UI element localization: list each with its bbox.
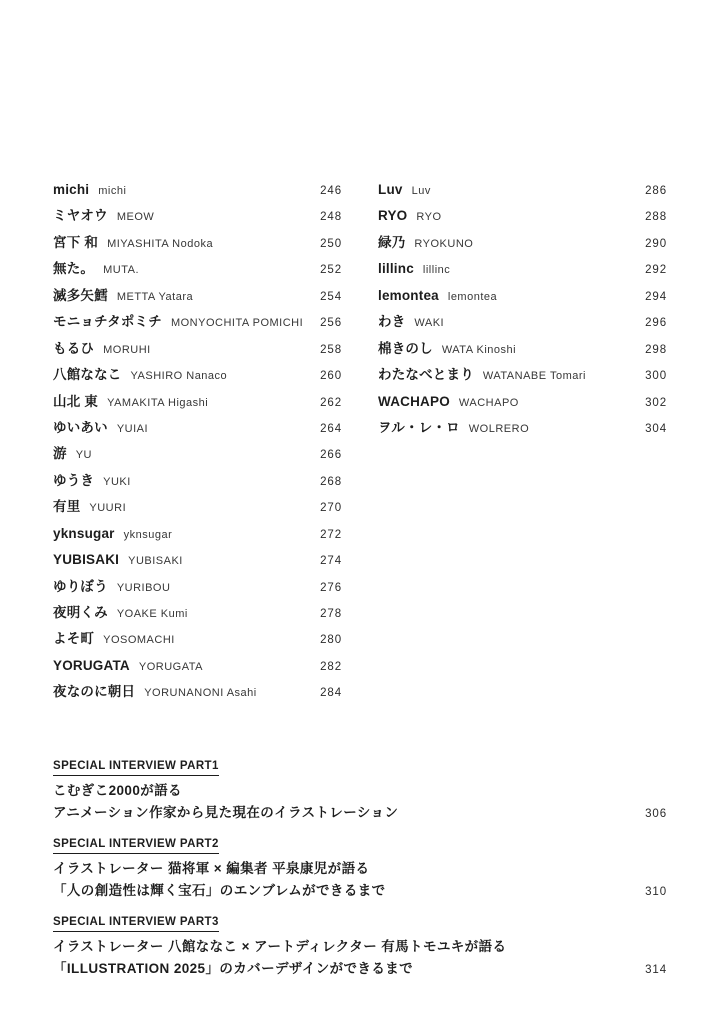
artist-name-romaji: YOSOMACHI	[103, 627, 175, 653]
page-number: 300	[645, 363, 667, 389]
page-number: 280	[320, 627, 342, 653]
artist-name: 宮下 和	[53, 230, 98, 256]
artist-name: モニョチタポミチ	[53, 309, 162, 335]
toc-entry-row: 夜明くみ YOAKE Kumi 278	[53, 600, 342, 626]
artist-name-romaji: YUKI	[103, 469, 131, 495]
artist-name: 有里	[53, 494, 80, 520]
page-number: 258	[320, 337, 342, 363]
artist-name: よそ町	[53, 626, 94, 652]
artist-name-romaji: YUBISAKI	[128, 548, 183, 574]
artist-name-romaji: YORUNANONI Asahi	[144, 680, 257, 706]
artist-name-romaji: MONYOCHITA POMICHI	[171, 310, 303, 336]
artist-name-romaji: YU	[76, 442, 92, 468]
artist-name-romaji: YAMAKITA Higashi	[107, 390, 208, 416]
toc-entry-row: RYO RYO 288	[378, 203, 667, 229]
artist-name-romaji: MUTA.	[103, 257, 139, 283]
artist-name-romaji: YORUGATA	[139, 654, 203, 680]
interview-page-number: 314	[645, 964, 667, 976]
interview-title-line-1: イラストレーター 八館ななこ × アートディレクター 有馬トモユキが語る	[53, 936, 667, 958]
artist-name: RYO	[378, 203, 407, 229]
artist-name-romaji: YASHIRO Nanaco	[131, 363, 228, 389]
interview-block: SPECIAL INTERVIEW PART3 イラストレーター 八館ななこ ×…	[53, 912, 667, 980]
page-number: 296	[645, 310, 667, 336]
toc-entry-row: 夜なのに朝日 YORUNANONI Asahi 284	[53, 679, 342, 705]
toc-entry-row: 山北 東 YAMAKITA Higashi 262	[53, 389, 342, 415]
page-number: 254	[320, 284, 342, 310]
page-number: 270	[320, 495, 342, 521]
toc-entry-row: ミヤオウ MEOW 248	[53, 203, 342, 229]
artist-name: lillinc	[378, 256, 414, 282]
interview-title-line-2: 「ILLUSTRATION 2025」のカバーデザインができるまで	[53, 958, 667, 980]
artist-name-romaji: MEOW	[117, 204, 154, 230]
artist-name: わたなべとまり	[378, 362, 474, 388]
artist-name: ゆりぼう	[53, 574, 108, 600]
artist-name-romaji: yknsugar	[124, 522, 173, 548]
toc-entry-row: ゆうき YUKI 268	[53, 468, 342, 494]
artist-name: 山北 東	[53, 389, 98, 415]
interview-block: SPECIAL INTERVIEW PART2 イラストレーター 猫将軍 × 編…	[53, 834, 667, 902]
toc-entry-row: わき WAKI 296	[378, 309, 667, 335]
artist-name: lemontea	[378, 283, 439, 309]
page-number: 282	[320, 654, 342, 680]
artist-name-romaji: RYOKUNO	[414, 231, 473, 257]
artist-name-romaji: YUIAI	[117, 416, 148, 442]
page-number: 304	[645, 416, 667, 442]
toc-entry-row: YORUGATA YORUGATA 282	[53, 653, 342, 679]
artist-name: 滅多矢鱈	[53, 283, 108, 309]
page-number: 290	[645, 231, 667, 257]
artist-name: WACHAPO	[378, 389, 450, 415]
toc-entry-row: モニョチタポミチ MONYOCHITA POMICHI 256	[53, 309, 342, 335]
interview-heading: SPECIAL INTERVIEW PART1	[53, 759, 219, 776]
toc-entry-row: ヲル・レ・ロ WOLRERO 304	[378, 415, 667, 441]
artist-name: わき	[378, 309, 405, 335]
page-number: 298	[645, 337, 667, 363]
artist-name: Luv	[378, 177, 403, 203]
page-number: 266	[320, 442, 342, 468]
page-number: 294	[645, 284, 667, 310]
artist-name: 夜なのに朝日	[53, 679, 135, 705]
artist-name-romaji: WAKI	[414, 310, 444, 336]
page-number: 274	[320, 548, 342, 574]
page-number: 252	[320, 257, 342, 283]
artist-name: 棉きのし	[378, 336, 433, 362]
artist-name-romaji: WATA Kinoshi	[442, 337, 516, 363]
toc-entry-row: 八館ななこ YASHIRO Nanaco 260	[53, 362, 342, 388]
artist-name-romaji: lemontea	[448, 284, 497, 310]
page-number: 260	[320, 363, 342, 389]
artist-name-romaji: METTA Yatara	[117, 284, 193, 310]
page-number: 250	[320, 231, 342, 257]
artist-name-romaji: michi	[98, 178, 126, 204]
toc-entry-row: もるひ MORUHI 258	[53, 336, 342, 362]
toc-entry-row: 游 YU 266	[53, 441, 342, 467]
page-number: 262	[320, 390, 342, 416]
toc-entry-row: ゆりぼう YURIBOU 276	[53, 574, 342, 600]
artist-name-romaji: YURIBOU	[117, 575, 171, 601]
artist-name-romaji: Luv	[412, 178, 431, 204]
interview-page-number: 306	[645, 808, 667, 820]
interview-heading: SPECIAL INTERVIEW PART2	[53, 837, 219, 854]
toc-entry-row: よそ町 YOSOMACHI 280	[53, 626, 342, 652]
artist-name-romaji: RYO	[416, 204, 441, 230]
special-interviews-section: SPECIAL INTERVIEW PART1 こむぎこ2000が語る アニメー…	[53, 756, 667, 990]
artist-name: ミヤオウ	[53, 203, 108, 229]
toc-page: michi michi 246 ミヤオウ MEOW 248 宮下 和 MIYAS…	[0, 0, 720, 1024]
artist-name: ゆいあい	[53, 415, 108, 441]
page-number: 302	[645, 390, 667, 416]
interview-heading: SPECIAL INTERVIEW PART3	[53, 915, 219, 932]
artist-name-romaji: MIYASHITA Nodoka	[107, 231, 213, 257]
page-number: 292	[645, 257, 667, 283]
artist-name-romaji: WATANABE Tomari	[483, 363, 586, 389]
toc-entry-row: 有里 YUURI 270	[53, 494, 342, 520]
toc-entry-row: Luv Luv 286	[378, 177, 667, 203]
artist-name: ゆうき	[53, 468, 94, 494]
artist-name-romaji: WACHAPO	[459, 390, 519, 416]
toc-entry-row: 宮下 和 MIYASHITA Nodoka 250	[53, 230, 342, 256]
artist-name: michi	[53, 177, 89, 203]
artist-name: YORUGATA	[53, 653, 130, 679]
page-number: 246	[320, 178, 342, 204]
interview-title-line-2: 「人の創造性は輝く宝石」のエンブレムができるまで	[53, 880, 667, 902]
toc-entry-row: わたなべとまり WATANABE Tomari 300	[378, 362, 667, 388]
toc-entry-row: YUBISAKI YUBISAKI 274	[53, 547, 342, 573]
toc-entry-row: yknsugar yknsugar 272	[53, 521, 342, 547]
toc-entry-row: ゆいあい YUIAI 264	[53, 415, 342, 441]
artist-name-romaji: YUURI	[89, 495, 126, 521]
page-number: 268	[320, 469, 342, 495]
page-number: 272	[320, 522, 342, 548]
toc-entry-row: 緑乃 RYOKUNO 290	[378, 230, 667, 256]
page-number: 286	[645, 178, 667, 204]
artist-name: 緑乃	[378, 230, 405, 256]
toc-entry-row: 無た。 MUTA. 252	[53, 256, 342, 282]
toc-entry-row: lillinc lillinc 292	[378, 256, 667, 282]
interview-title-line-1: こむぎこ2000が語る	[53, 780, 667, 802]
page-number: 284	[320, 680, 342, 706]
artist-name-romaji: lillinc	[423, 257, 450, 283]
artist-name: yknsugar	[53, 521, 115, 547]
toc-entry-row: 棉きのし WATA Kinoshi 298	[378, 336, 667, 362]
page-number: 264	[320, 416, 342, 442]
page-number: 276	[320, 575, 342, 601]
artist-name: 游	[53, 441, 67, 467]
artist-name-romaji: MORUHI	[103, 337, 151, 363]
artist-name: YUBISAKI	[53, 547, 119, 573]
artist-name: 無た。	[53, 256, 94, 282]
page-number: 256	[320, 310, 342, 336]
artist-name: 八館ななこ	[53, 362, 122, 388]
toc-column-right: Luv Luv 286 RYO RYO 288 緑乃 RYOKUNO 290 l…	[378, 177, 667, 441]
interview-page-number: 310	[645, 886, 667, 898]
toc-entry-row: michi michi 246	[53, 177, 342, 203]
artist-name: 夜明くみ	[53, 600, 108, 626]
toc-entry-row: WACHAPO WACHAPO 302	[378, 389, 667, 415]
artist-name-romaji: YOAKE Kumi	[117, 601, 188, 627]
toc-entry-row: 滅多矢鱈 METTA Yatara 254	[53, 283, 342, 309]
artist-name: もるひ	[53, 336, 94, 362]
interview-title-line-2: アニメーション作家から見た現在のイラストレーション	[53, 802, 667, 824]
page-number: 278	[320, 601, 342, 627]
artist-name-romaji: WOLRERO	[469, 416, 529, 442]
artist-name: ヲル・レ・ロ	[378, 415, 460, 441]
toc-column-left: michi michi 246 ミヤオウ MEOW 248 宮下 和 MIYAS…	[53, 177, 342, 706]
interview-block: SPECIAL INTERVIEW PART1 こむぎこ2000が語る アニメー…	[53, 756, 667, 824]
page-number: 288	[645, 204, 667, 230]
interview-title-line-1: イラストレーター 猫将軍 × 編集者 平泉康児が語る	[53, 858, 667, 880]
page-number: 248	[320, 204, 342, 230]
toc-entry-row: lemontea lemontea 294	[378, 283, 667, 309]
